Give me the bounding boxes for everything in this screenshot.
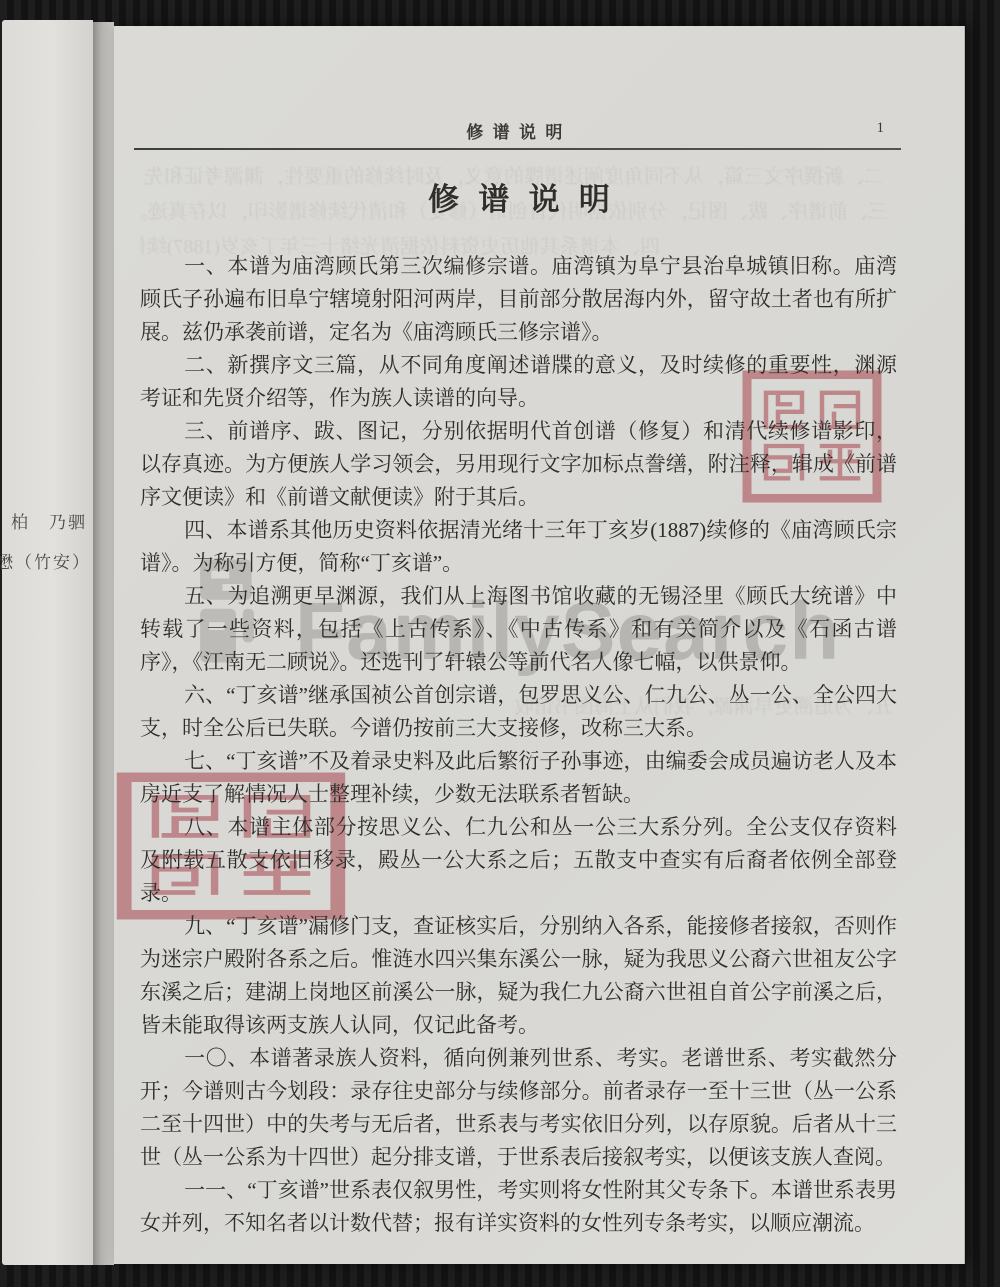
running-header: 修谱说明 1	[114, 118, 964, 144]
paragraph: 七、“丁亥谱”不及着录史料及此后繁衍子孙事迹，由编委会成员遍访老人及本房近支了解…	[140, 745, 897, 811]
book-gutter-shadow	[93, 22, 114, 1265]
facing-page: 柏 乃驷 懋（竹安）	[2, 20, 93, 1265]
margin-name-line: 懋（竹安）	[0, 543, 87, 583]
paragraph: 一、本谱为庙湾顾氏第三次编修宗谱。庙湾镇为阜宁县治阜城镇旧称。庙湾顾氏子孙遍布旧…	[140, 250, 897, 349]
paragraph: 一一、“丁亥谱”世系表仅叙男性，考实则将女性附其父专条下。本谱世系表男女并列，不…	[140, 1174, 897, 1240]
book-scan-background: 柏 乃驷 懋（竹安） 二、新撰序文三篇，从不同角度阐述谱牒的意义，及时续修的重要…	[0, 0, 1000, 1287]
paragraph: 九、“丁亥谱”漏修门支，查证核实后，分别纳入各系，能接修者接叙，否则作为迷宗户殿…	[140, 910, 897, 1042]
paragraph: 五、为追溯更早渊源，我们从上海图书馆收藏的无锡泾里《顾氏大统谱》中转载了一些资料…	[140, 580, 897, 679]
paragraph: 二、新撰序文三篇，从不同角度阐述谱牒的意义，及时续修的重要性，渊源考证和先贤介绍…	[140, 349, 897, 415]
document-page: 二、新撰序文三篇，从不同角度阐述谱牒的意义，及时续修的重要性，渊源考证和先贤介绍…	[114, 26, 965, 1264]
page-title: 修谱说明	[114, 174, 944, 219]
paragraph: 三、前谱序、跋、图记，分别依据明代首创谱（修复）和清代续修谱影印，以存真迹。为方…	[140, 415, 897, 514]
paragraph: 四、本谱系其他历史资料依据清光绪十三年丁亥岁(1887)续修的《庙湾顾氏宗谱》。…	[140, 514, 897, 580]
page-number: 1	[877, 120, 885, 137]
facing-page-margin-names: 柏 乃驷 懋（竹安）	[0, 503, 87, 583]
paragraph: 八、本谱主体部分按思义公、仁九公和丛一公三大系分列。全公支仅存资料及附载五散支依…	[140, 811, 897, 910]
header-rule	[134, 148, 901, 150]
running-header-title: 修谱说明	[466, 118, 571, 143]
paragraph: 一〇、本谱著录族人资料，循向例兼列世系、考实。老谱世系、考实截然分开；今谱则古今…	[140, 1042, 897, 1174]
document-body: 一、本谱为庙湾顾氏第三次编修宗谱。庙湾镇为阜宁县治阜城镇旧称。庙湾顾氏子孙遍布旧…	[140, 250, 897, 1240]
margin-name-line: 柏 乃驷	[0, 503, 87, 543]
paragraph: 六、“丁亥谱”继承国祯公首创宗谱，包罗思义公、仁九公、丛一公、全公四大支，时全公…	[140, 679, 897, 745]
